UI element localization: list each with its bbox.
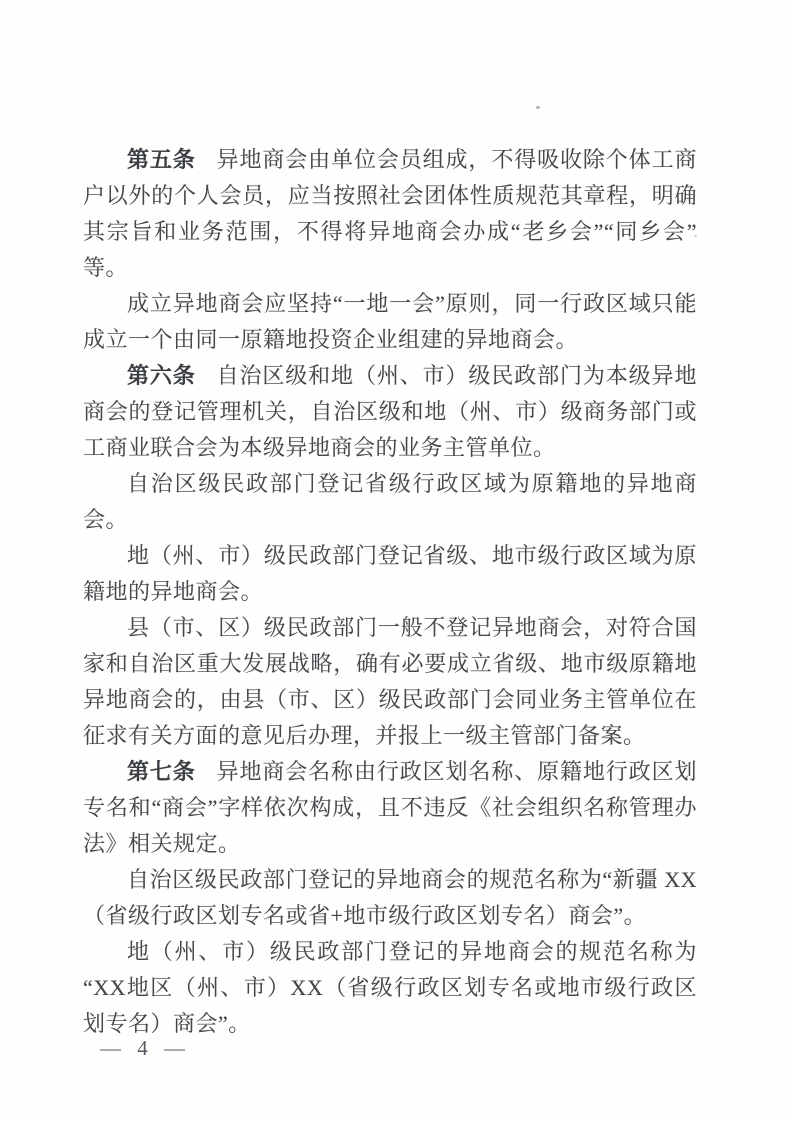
paragraph: 地（州、市）级民政部门登记省级、地市级行政区域为原籍地的异地商会。 [83,538,697,610]
scan-artifact-dot [536,106,540,109]
article-term: 第六条 [127,363,196,388]
document-page: 第五条异地商会由单位会员组成，不得吸收除个体工商户以外的个人会员，应当按照社会团… [0,0,793,1121]
document-body: 第五条异地商会由单位会员组成，不得吸收除个体工商户以外的个人会员，应当按照社会团… [83,142,697,1042]
paragraph-text: 地（州、市）级民政部门登记的异地商会的规范名称为“XX地区（州、市）XX（省级行… [83,939,697,1036]
paragraph: 自治区级民政部门登记省级行政区域为原籍地的异地商会。 [83,466,697,538]
paragraph: 成立异地商会应坚持“一地一会”原则，同一行政区域只能成立一个由同一原籍地投资企业… [83,286,697,358]
paragraph: 自治区级民政部门登记的异地商会的规范名称为“新疆 XX（省级行政区划专名或省+地… [83,862,697,934]
paragraph: 地（州、市）级民政部门登记的异地商会的规范名称为“XX地区（州、市）XX（省级行… [83,934,697,1042]
article-term: 第五条 [127,147,196,172]
paragraph-text: 自治区级民政部门登记的异地商会的规范名称为“新疆 XX（省级行政区划专名或省+地… [83,867,697,928]
article-term: 第七条 [127,759,196,784]
paragraph-text: 自治区级民政部门登记省级行政区域为原籍地的异地商会。 [83,471,697,532]
paragraph-text: 成立异地商会应坚持“一地一会”原则，同一行政区域只能成立一个由同一原籍地投资企业… [83,291,697,352]
paragraph-text: 地（州、市）级民政部门登记省级、地市级行政区域为原籍地的异地商会。 [83,543,697,604]
paragraph: 第六条自治区级和地（州、市）级民政部门为本级异地商会的登记管理机关，自治区级和地… [83,358,697,466]
paragraph: 县（市、区）级民政部门一般不登记异地商会，对符合国家和自治区重大发展战略，确有必… [83,610,697,754]
paragraph-text: 县（市、区）级民政部门一般不登记异地商会，对符合国家和自治区重大发展战略，确有必… [83,615,697,748]
paragraph: 第五条异地商会由单位会员组成，不得吸收除个体工商户以外的个人会员，应当按照社会团… [83,142,697,286]
paragraph: 第七条异地商会名称由行政区划名称、原籍地行政区划专名和“商会”字样依次构成，且不… [83,754,697,862]
page-footer: — 4 — [100,1036,188,1061]
page-number: — 4 — [100,1036,188,1060]
